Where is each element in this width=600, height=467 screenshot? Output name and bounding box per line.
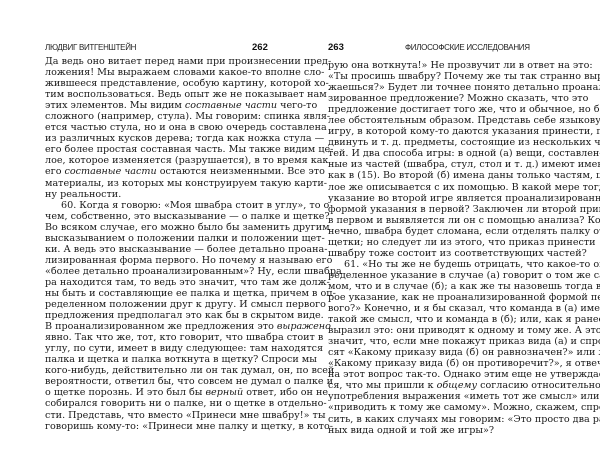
text-line: нечно, швабра будет сломана, если отделя… (328, 226, 545, 237)
running-head: ФИЛОСОФСКИЕ ИССЛЕДОВАНИЯ (405, 43, 530, 52)
text-line: ется частью стула, но и она в свою очере… (45, 122, 271, 133)
text-line: указание во второй игре является проанал… (328, 193, 545, 204)
text-line: зированное предложение? Можно сказать, ч… (328, 93, 545, 104)
text-line: формой указания в первой? Заключен ли вт… (328, 204, 545, 215)
text-line: щетки; но следует ли из этого, что прика… (328, 237, 545, 248)
text-line: ны быть и составляющие ее палка и щетка,… (45, 288, 271, 299)
text-line: «Какому приказу вида (б) он противоречит… (328, 358, 545, 369)
text-line: материалы, из которых мы конструируем та… (45, 178, 271, 189)
text-line: ки. А ведь это высказывание — более дета… (45, 244, 271, 255)
text-line: лое, которое изменяется (разрушается), в… (45, 155, 271, 166)
text-line: сложного (например, стула). Мы говорим: … (45, 111, 271, 122)
text-line: ложения! Мы выражаем словами какое-то вп… (45, 67, 271, 78)
text-line: 61. «Но ты же не будешь отрицать, что ка… (328, 259, 545, 270)
text-line: В проанализированном же предложения это … (45, 321, 271, 332)
text-line: «приводить к тому же самому». Можно, ска… (328, 402, 545, 413)
text-line: лее обстоятельным образом. Представь себ… (328, 115, 545, 126)
text-line: на этот вопрос так-то. Однако этим еще н… (328, 369, 545, 380)
text-line: швабру тоже состоит из соответствующих ч… (328, 248, 545, 259)
text-line: Во всяком случае, его можно было бы заме… (45, 222, 271, 233)
text-line: жаешься?» Будет ли точнее понято детальн… (328, 82, 545, 93)
text-line: такой же смысл, что и команда в (б); или… (328, 314, 545, 325)
page-number: 262 (252, 42, 268, 53)
text-line: 60. Когда я говорю: «Моя швабра стоит в … (45, 200, 271, 211)
text-line: мом, что и в случае (б); а как же ты наз… (328, 281, 545, 292)
text-line: явно. Так что же, тот, кто говорит, что … (45, 332, 271, 343)
page-body: рую она воткнута!» Не прозвучит ли в отв… (328, 60, 545, 436)
text-line: ся, что мы пришли к общему согласию отно… (328, 380, 545, 391)
text-line: лое же описывается с их помощью. В какой… (328, 182, 545, 193)
text-line: вого?» Конечно, и я бы сказал, что коман… (328, 303, 545, 314)
text-line: игру, в которой кому-то даются указания … (328, 126, 545, 137)
text-line: этих элементов. Мы видим составные части… (45, 100, 271, 111)
text-line: его более простая составная часть. Мы та… (45, 144, 271, 155)
text-line: вероятности, ответил бы, что совсем не д… (45, 376, 271, 387)
text-line: чем, собственно, это высказывание — о па… (45, 211, 271, 222)
text-line: предложения предполагал это как бы в скр… (45, 310, 271, 321)
text-line: его составные части остаются неизменными… (45, 166, 271, 177)
text-line: жившееся представление, особую картину, … (45, 78, 271, 89)
text-line: как в (15). Во второй (б) имена даны тол… (328, 170, 545, 181)
right-page: 263 ФИЛОСОФСКИЕ ИССЛЕДОВАНИЯ рую она вот… (300, 0, 600, 467)
page-number: 263 (328, 42, 344, 53)
text-line: кого-нибудь, действительно ли он так дум… (45, 365, 271, 376)
text-line: о щетке порознь. И это был бы верный отв… (45, 387, 271, 398)
text-line: ных вида одной и той же игры»? (328, 425, 545, 436)
text-line: ределенное указание в случае (а) говорит… (328, 270, 545, 281)
text-line: «Ты просишь швабру? Почему же ты так стр… (328, 71, 545, 82)
text-line: лизированная форма первого. Но почему я … (45, 255, 271, 266)
text-line: ределенном положении друг к другу. И смы… (45, 299, 271, 310)
running-head: ЛЮДВИГ ВИТГЕНШТЕЙН (45, 43, 136, 52)
text-line: в первом и выявляется ли он с помощью ан… (328, 215, 545, 226)
text-line: ные из частей (швабра, стул, стол и т. д… (328, 159, 545, 170)
text-line: двинуть и т. д. предметы, состоящие из н… (328, 137, 545, 148)
text-line: выразил это: они приводят к одному и том… (328, 325, 545, 336)
text-line: Да ведь оно витает перед нами при произн… (45, 56, 271, 67)
text-line: рое указание, как не проанализированной … (328, 292, 545, 303)
text-line: углу, по сути, имеет в виду следующее: т… (45, 343, 271, 354)
text-line: сти. Представь, что вместо «Принеси мне … (45, 410, 271, 421)
text-line: сят «Какому приказу вида (б) он равнозна… (328, 347, 545, 358)
text-line: рую она воткнута!» Не прозвучит ли в отв… (328, 60, 545, 71)
text-line: тей. И два способа игры: в одной (а) вещ… (328, 148, 545, 159)
text-line: собирался говорить ни о палке, ни о щетк… (45, 398, 271, 409)
text-line: из различных кусков дерева; тогда как но… (45, 133, 271, 144)
left-page: ЛЮДВИГ ВИТГЕНШТЕЙН 262 Да ведь оно витае… (0, 0, 300, 467)
text-line: значит, что, если мне покажут приказ вид… (328, 336, 545, 347)
text-line: ра находится там, то ведь это значит, чт… (45, 277, 271, 288)
text-line: сить, в каких случаях мы говорим: «Это п… (328, 414, 545, 425)
page-body: Да ведь оно витает перед нами при произн… (45, 56, 271, 432)
text-line: тим воспользоваться. Ведь опыт же не пок… (45, 89, 271, 100)
text-line: палка и щетка и палка воткнута в щетку? … (45, 354, 271, 365)
text-line: предложение достигает того же, что и обы… (328, 104, 545, 115)
text-line: говоришь кому-то: «Принеси мне палку и щ… (45, 421, 271, 432)
text-line: «более детально проанализированным»? Ну,… (45, 266, 271, 277)
text-line: употребления выражения «иметь тот же смы… (328, 391, 545, 402)
text-line: ну реальности. (45, 189, 271, 200)
text-line: высказыванием о положении палки и положе… (45, 233, 271, 244)
